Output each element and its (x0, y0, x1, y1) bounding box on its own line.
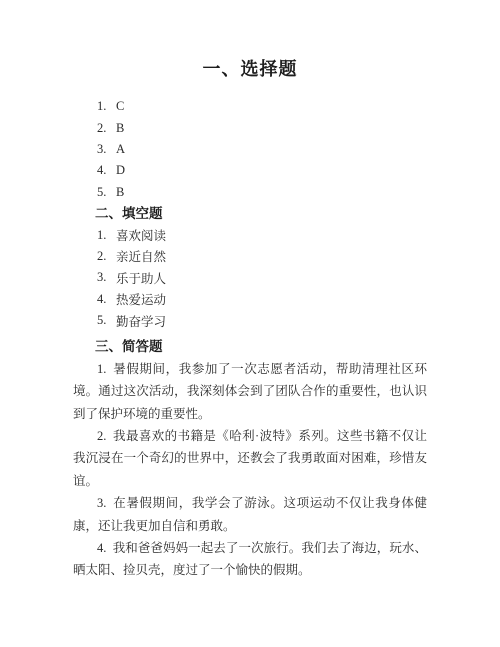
fill-answer-row: 3. 乐于助人 (97, 267, 427, 288)
short-answer-paragraph: 4. 我和爸爸妈妈一起去了一次旅行。我们去了海边，玩水、晒太阳、捡贝壳，度过了一… (73, 537, 427, 582)
answer-value: 亲近自然 (116, 247, 166, 265)
fill-answer-list: 1. 喜欢阅读 2. 亲近自然 3. 乐于助人 4. 热爱运动 5. 勤奋学习 (73, 224, 427, 331)
answer-value: 热爱运动 (116, 290, 166, 308)
answer-number: 5. (97, 313, 107, 328)
choice-answer-section: 1. C 2. B 3. A 4. D 5. B (73, 96, 427, 203)
answer-value: B (116, 121, 124, 136)
fill-answer-section: 1. 喜欢阅读 2. 亲近自然 3. 乐于助人 4. 热爱运动 5. 勤奋学习 (73, 224, 427, 331)
answer-value: 勤奋学习 (116, 312, 166, 330)
answer-number: 4. (97, 163, 107, 178)
document-page: 一、选择题 1. C 2. B 3. A 4. D 5. B (0, 0, 500, 647)
answer-value: C (116, 99, 124, 114)
answer-number: 2. (97, 249, 107, 264)
choice-answer-row: 3. A (97, 139, 427, 160)
answer-number: 1. (97, 99, 107, 114)
answer-number: 3. (97, 270, 107, 285)
choice-answer-row: 1. C (97, 96, 427, 117)
answer-value: A (116, 142, 125, 157)
answer-value: B (116, 185, 124, 200)
answer-number: 4. (97, 292, 107, 307)
choice-answer-row: 4. D (97, 160, 427, 181)
choice-answer-row: 5. B (97, 182, 427, 203)
answer-number: 5. (97, 185, 107, 200)
fill-answer-row: 5. 勤奋学习 (97, 310, 427, 331)
answer-number: 3. (97, 142, 107, 157)
answer-number: 1. (97, 228, 107, 243)
short-answer-paragraph: 3. 在暑假期间，我学会了游泳。这项运动不仅让我身体健康，还让我更加自信和勇敢。 (73, 492, 427, 537)
section-title-choice: 一、选择题 (73, 57, 427, 81)
choice-answer-list: 1. C 2. B 3. A 4. D 5. B (73, 96, 427, 203)
answer-value: 喜欢阅读 (116, 226, 166, 244)
choice-answer-row: 2. B (97, 117, 427, 138)
section-heading-short-answer: 三、简答题 (95, 336, 427, 357)
fill-answer-row: 2. 亲近自然 (97, 246, 427, 267)
answer-value: 乐于助人 (116, 269, 166, 287)
section-heading-fill: 二、填空题 (95, 203, 427, 224)
answer-value: D (116, 163, 125, 178)
short-answer-section: 1. 暑假期间，我参加了一次志愿者活动，帮助清理社区环境。通过这次活动，我深刻体… (73, 358, 427, 582)
short-answer-paragraph: 2. 我最喜欢的书籍是《哈利·波特》系列。这些书籍不仅让我沉浸在一个奇幻的世界中… (73, 425, 427, 492)
fill-answer-row: 4. 热爱运动 (97, 289, 427, 310)
short-answer-paragraph: 1. 暑假期间，我参加了一次志愿者活动，帮助清理社区环境。通过这次活动，我深刻体… (73, 358, 427, 425)
answer-number: 2. (97, 121, 107, 136)
fill-answer-row: 1. 喜欢阅读 (97, 224, 427, 245)
